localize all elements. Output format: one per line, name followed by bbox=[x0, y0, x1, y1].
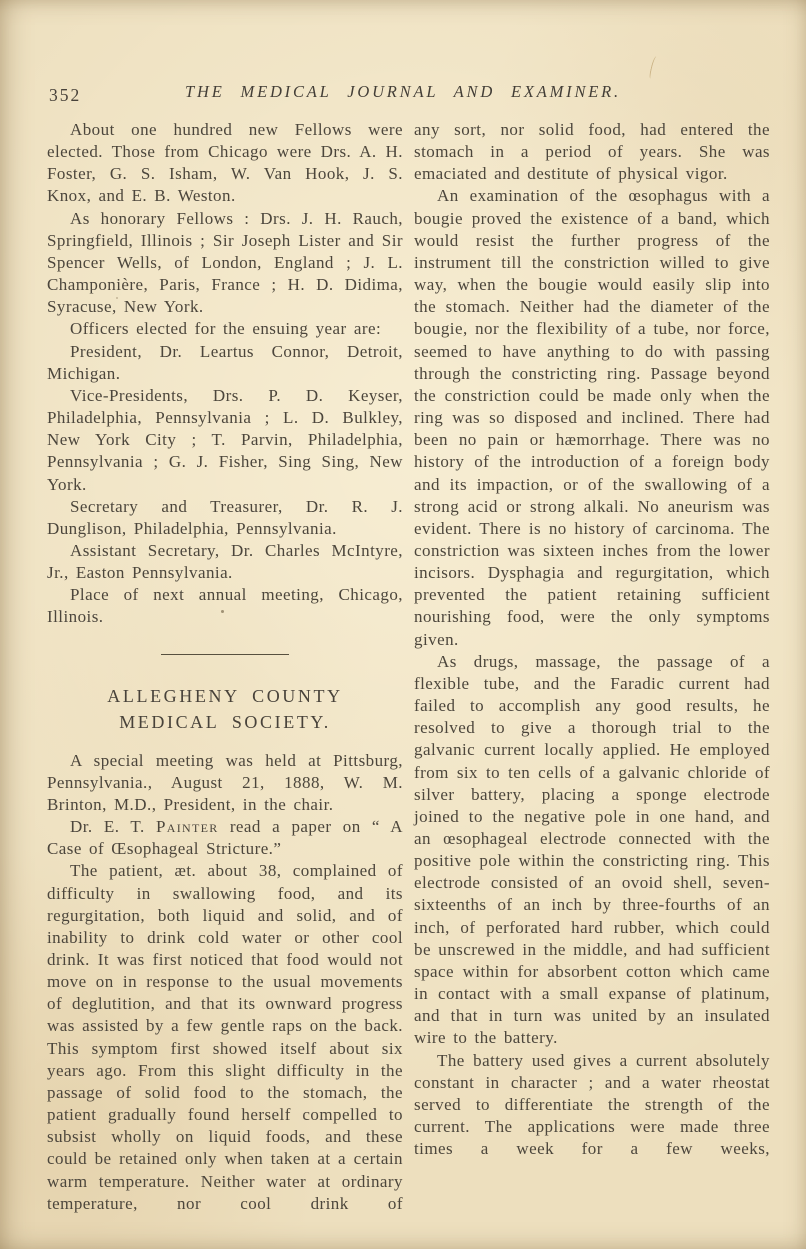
left-column: About one hundred new Fellows were elect… bbox=[47, 119, 403, 1215]
paragraph-next-meeting: Place of next annual meeting, Chicago, I… bbox=[47, 584, 403, 628]
section-heading-allegheny: ALLEGHENY COUNTY MEDICAL SOCIETY. bbox=[60, 683, 390, 735]
scan-fiber-artifact bbox=[648, 56, 658, 80]
paragraph-president: President, Dr. Leartus Connor, Detroit, … bbox=[47, 341, 403, 385]
scanned-journal-page: 352 THE MEDICAL JOURNAL AND EXAMINER. Ab… bbox=[0, 0, 806, 1249]
paragraph-patient-history: The patient, æt. about 38, complained of… bbox=[47, 860, 403, 1215]
paragraph-vice-presidents: Vice-Presidents, Drs. P. D. Keyser, Phil… bbox=[47, 385, 403, 496]
paragraph-honorary-fellows: As honorary Fellows : Drs. J. H. Rauch, … bbox=[47, 208, 403, 319]
paragraph-new-fellows: About one hundred new Fellows were elect… bbox=[47, 119, 403, 208]
paragraph-painter-paper: Dr. E. T. Painter read a paper on “ A Ca… bbox=[47, 816, 403, 860]
page-header: 352 THE MEDICAL JOURNAL AND EXAMINER. bbox=[0, 82, 806, 108]
speaker-name-smallcaps: Painter bbox=[156, 817, 219, 836]
paragraph-text: Dr. E. T. bbox=[70, 817, 156, 836]
paragraph-galvanic-treatment: As drugs, massage, the passage of a flex… bbox=[414, 651, 770, 1050]
paragraph-oesophagus-examination: An examination of the œsophagus with a b… bbox=[414, 185, 770, 650]
right-column: any sort, nor solid food, had entered th… bbox=[414, 119, 770, 1215]
section-divider-rule bbox=[161, 654, 289, 655]
paragraph-special-meeting: A special meeting was held at Pittsburg,… bbox=[47, 750, 403, 816]
paragraph-officers-intro: Officers elected for the ensuing year ar… bbox=[47, 318, 403, 340]
journal-title: THE MEDICAL JOURNAL AND EXAMINER. bbox=[0, 82, 806, 102]
paragraph-battery-applications: The battery used gives a current absolut… bbox=[414, 1050, 770, 1161]
paragraph-patient-history-continued: any sort, nor solid food, had entered th… bbox=[414, 119, 770, 185]
two-column-text-block: About one hundred new Fellows were elect… bbox=[47, 119, 770, 1215]
paragraph-secretary-treasurer: Secretary and Treasurer, Dr. R. J. Dungl… bbox=[47, 496, 403, 540]
paragraph-assistant-secretary: Assistant Secretary, Dr. Charles McIntyr… bbox=[47, 540, 403, 584]
